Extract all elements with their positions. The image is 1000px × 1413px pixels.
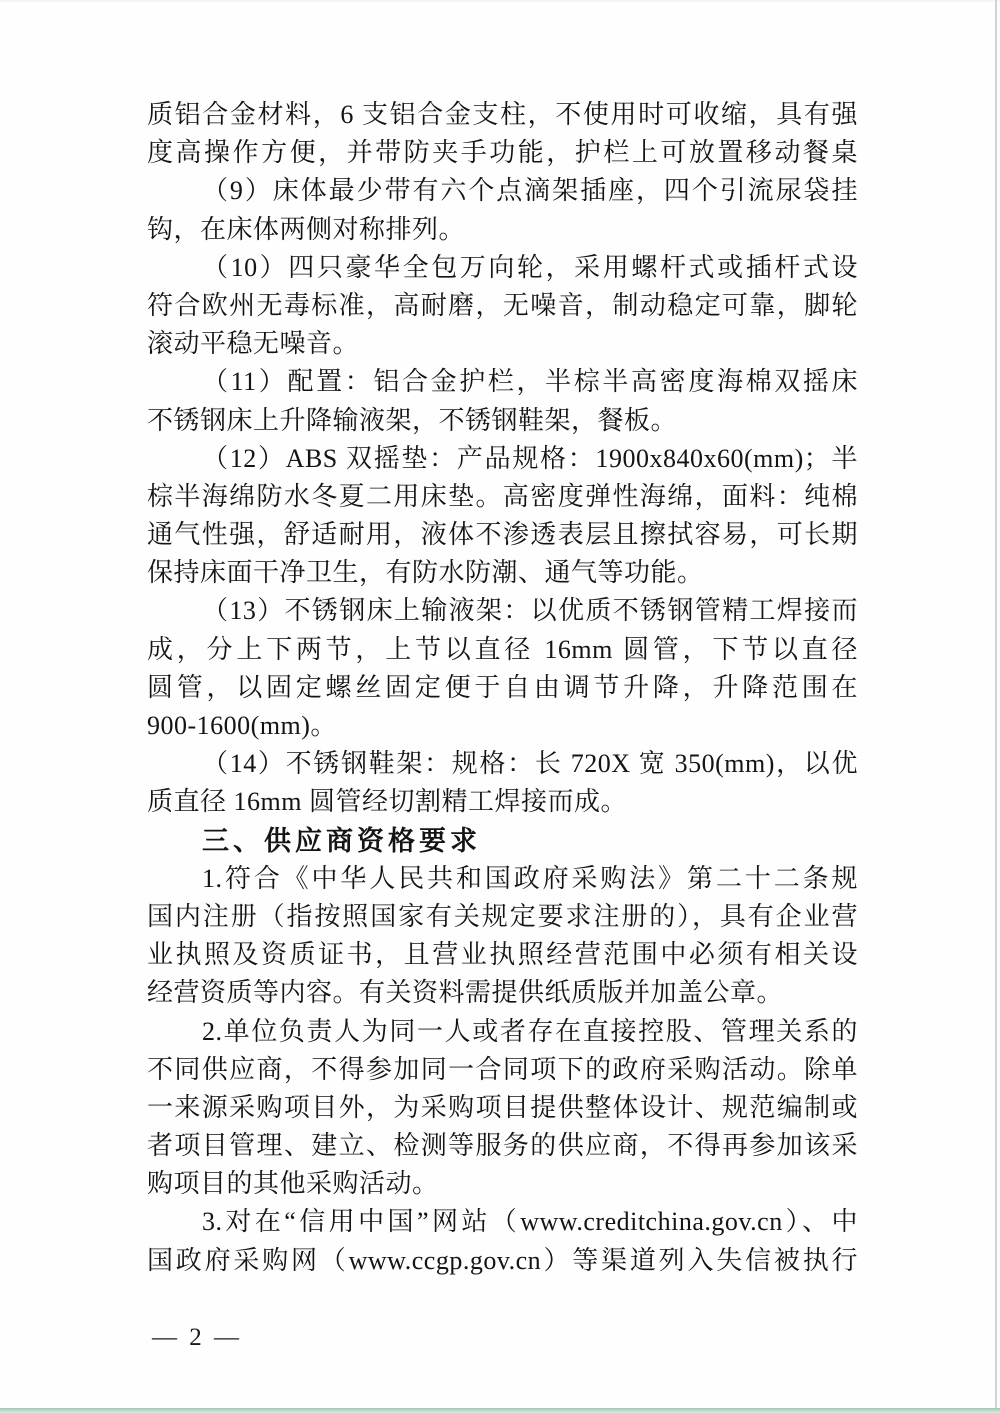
text-line: 钩，在床体两侧对称排列。 [147, 211, 858, 249]
text-line: （11）配置：铝合金护栏，半棕半高密度海棉双摇床垫， [147, 363, 858, 401]
text-line: 成，分上下两节，上节以直径 16mm 圆管，下节以直径 19mm [147, 631, 858, 669]
text-line: 经营资质等内容。有关资料需提供纸质版并加盖公章。 [147, 974, 858, 1012]
text-line: 国政府采购网（www.ccgp.gov.cn）等渠道列入失信被执行人、 [147, 1242, 858, 1280]
document-page: 质铝合金材料，6 支铝合金支柱，不使用时可收缩，具有强度高操作方便，并带防夹手功… [0, 0, 1000, 1413]
text-line: 质铝合金材料，6 支铝合金支柱，不使用时可收缩，具有强 [147, 96, 858, 134]
text-line: （12）ABS 双摇垫：产品规格：1900x840x60(mm)；半 [147, 440, 858, 478]
text-line: 质直径 16mm 圆管经切割精工焊接而成。 [147, 783, 858, 821]
scan-edge-right [995, 0, 997, 1413]
text-line: 2.单位负责人为同一人或者存在直接控股、管理关系的 [147, 1013, 858, 1051]
text-line: 符合欧州无毒标准，高耐磨，无噪音，制动稳定可靠，脚轮 [147, 287, 858, 325]
text-line: 滚动平稳无噪音。 [147, 325, 858, 363]
section-heading: 三、供应商资格要求 [147, 822, 858, 860]
text-line: 通气性强，舒适耐用，液体不渗透表层且擦拭容易，可长期 [147, 516, 858, 554]
document-body: 质铝合金材料，6 支铝合金支柱，不使用时可收缩，具有强度高操作方便，并带防夹手功… [147, 96, 858, 1280]
text-line: 者项目管理、建立、检测等服务的供应商，不得再参加该采 [147, 1127, 858, 1165]
text-line: （10）四只豪华全包万向轮，采用螺杆式或插杆式设计， [147, 249, 858, 287]
text-line: 900-1600(mm)。 [147, 707, 858, 745]
text-line: 3.对在“信用中国”网站（www.creditchina.gov.cn）、中 [147, 1203, 858, 1241]
text-line: 业执照及资质证书，且营业执照经营范围中必须有相关设备、 [147, 936, 858, 974]
scan-edge-top [0, 0, 1000, 2]
text-line: 不同供应商，不得参加同一合同项下的政府采购活动。除单 [147, 1051, 858, 1089]
text-line: 圆管，以固定螺丝固定便于自由调节升降，升降范围在 [147, 669, 858, 707]
scan-edge-bottom [0, 1408, 1000, 1413]
text-line: （14）不锈钢鞋架：规格：长 720X 宽 350(mm)，以优 [147, 745, 858, 783]
text-line: 棕半海绵防水冬夏二用床垫。高密度弹性海绵，面料：纯棉 [147, 478, 858, 516]
text-line: 不锈钢床上升降输液架，不锈钢鞋架，餐板。 [147, 402, 858, 440]
text-line: （13）不锈钢床上输液架：以优质不锈钢管精工焊接而 [147, 592, 858, 630]
text-line: 度高操作方便，并带防夹手功能，护栏上可放置移动餐桌板。 [147, 134, 858, 172]
text-line: 购项目的其他采购活动。 [147, 1165, 858, 1203]
text-line: 一来源采购项目外，为采购项目提供整体设计、规范编制或 [147, 1089, 858, 1127]
text-line: （9）床体最少带有六个点滴架插座，四个引流尿袋挂 [147, 172, 858, 210]
page-number: — 2 — [152, 1322, 242, 1354]
text-line: 国内注册（指按照国家有关规定要求注册的），具有企业营 [147, 898, 858, 936]
text-line: 保持床面干净卫生，有防水防潮、通气等功能。 [147, 554, 858, 592]
text-line: 1.符合《中华人民共和国政府采购法》第二十二条规定， [147, 860, 858, 898]
